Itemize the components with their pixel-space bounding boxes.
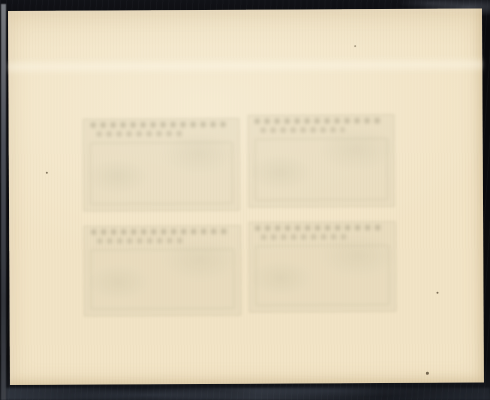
show-through-text-line bbox=[97, 238, 187, 243]
show-through-frame bbox=[255, 138, 388, 201]
paper-speck bbox=[426, 372, 429, 375]
paper-speck bbox=[436, 292, 438, 294]
album-edge-strip bbox=[1, 4, 6, 400]
stamp-impression-bottom-right bbox=[248, 221, 396, 313]
show-through-text-line bbox=[91, 229, 227, 235]
photo-stage bbox=[0, 0, 490, 400]
stamp-impression-top-left bbox=[83, 118, 240, 212]
paper-highlight-band bbox=[8, 57, 482, 75]
show-through-text-line bbox=[97, 131, 187, 136]
show-through-frame bbox=[90, 142, 233, 205]
paper-speck bbox=[46, 172, 48, 174]
show-through-text-line bbox=[255, 118, 381, 124]
show-through-frame bbox=[90, 249, 234, 310]
background-sheen bbox=[6, 388, 490, 400]
show-through-text-line bbox=[256, 225, 383, 231]
stamp-impression-bottom-left bbox=[83, 225, 241, 317]
show-through-text-line bbox=[261, 234, 345, 239]
show-through-text-line bbox=[261, 127, 345, 132]
paper-speck bbox=[354, 45, 356, 47]
stamp-sheet-reverse bbox=[8, 9, 484, 385]
show-through-frame bbox=[255, 245, 389, 306]
stamp-impression-top-right bbox=[248, 114, 395, 208]
show-through-text-line bbox=[90, 122, 225, 128]
